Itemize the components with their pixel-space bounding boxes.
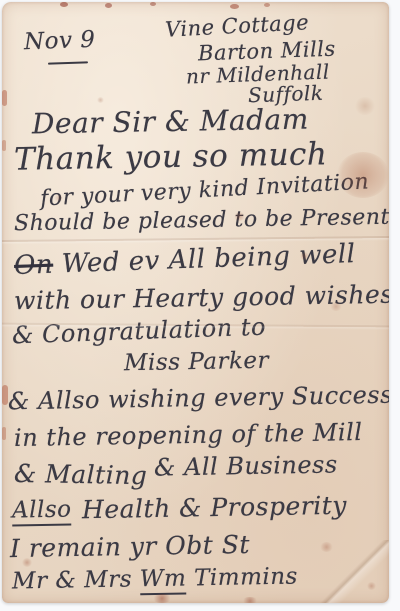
foxing-spot <box>97 97 104 103</box>
body-line-3: Should be pleased to be Present <box>14 205 389 237</box>
letter-paper: Nov 9 Vine Cottage Barton Mills nr Milde… <box>2 2 389 603</box>
allso-underlined: Allso <box>12 496 72 526</box>
date-underline <box>48 61 88 64</box>
corner-fold-crease <box>320 540 389 603</box>
foxing-spot <box>242 597 258 603</box>
body-line-11-underlined: Allso <box>12 496 72 523</box>
body-line-7: Miss Parker <box>124 348 269 377</box>
foxing-spot <box>264 3 270 7</box>
signature-surname: Timmins <box>194 564 298 592</box>
edge-mark <box>2 140 6 151</box>
foxing-spot <box>367 582 376 590</box>
body-line-10-left: & Malting <box>14 459 148 490</box>
foxing-spot <box>320 542 333 552</box>
body-line-8: & Allso wishing every Success <box>8 381 389 416</box>
address-line-1: Vine Cottage <box>164 10 309 42</box>
foxing-spot <box>230 4 239 9</box>
signature-prefix: Mr & Mrs <box>12 566 132 594</box>
foxing-spot <box>354 97 376 115</box>
body-line-5: with our Hearty good wishes <box>14 280 389 316</box>
foxing-spot <box>60 2 68 7</box>
foxing-spot <box>105 3 112 8</box>
signature-name-underlined: Wm <box>140 565 187 595</box>
signature-line: Mr & Mrs Wm Timmins <box>12 564 298 595</box>
body-line-9: in the reopening of the Mill <box>14 418 363 452</box>
body-line-4-rest: Wed ev All being well <box>61 239 356 279</box>
salutation-line: Dear Sir & Madam <box>32 103 309 141</box>
foxing-spot <box>152 594 172 603</box>
body-line-12: I remain yr Obt St <box>10 530 250 563</box>
body-line-1: Thank you so much <box>14 136 328 177</box>
body-line-10-right: & All Business <box>154 450 338 481</box>
body-line-4: On Wed ev All being well <box>14 239 356 281</box>
letter-date: Nov 9 <box>24 27 96 55</box>
struck-word: On <box>14 250 54 281</box>
foxing-spot <box>150 2 156 6</box>
edge-mark <box>2 427 6 440</box>
body-line-11-rest: Health & Prosperity <box>82 491 347 525</box>
edge-mark <box>2 90 7 106</box>
body-line-6: & Congratulation to <box>12 313 267 350</box>
